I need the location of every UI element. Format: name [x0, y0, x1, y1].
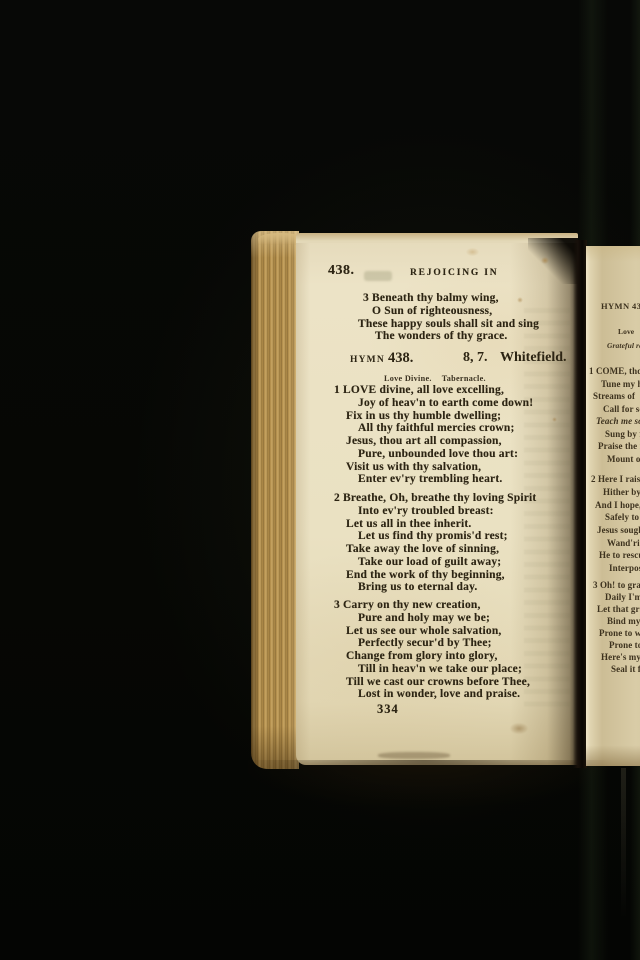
- verse-line: Here's my hear: [601, 652, 640, 662]
- verse-line: These happy souls shall sit and sing: [349, 318, 539, 331]
- verse-line: Perfectly secur'd by Thee;: [334, 637, 530, 650]
- left-page: 438. REJOICING IN 3 Beneath thy balmy wi…: [296, 238, 578, 765]
- verse-line: Call for sou: [603, 404, 640, 414]
- verse-line: 2 Here I raise m: [591, 474, 640, 484]
- hymn-label: HYMN: [350, 355, 385, 365]
- verse-line: Daily I'm co: [605, 592, 640, 602]
- cover-edge-highlight: [621, 768, 626, 918]
- right-hymn-heading: HYMN 439.: [601, 301, 640, 311]
- hymn-heading: HYMN 438. 8, 7. Whitefield.: [296, 350, 578, 370]
- verse-line: Enter ev'ry trembling heart.: [334, 473, 533, 486]
- photo-background: 438. REJOICING IN 3 Beneath thy balmy wi…: [0, 0, 640, 960]
- verse-line: Let us see our whole salvation,: [334, 625, 530, 638]
- verse-line: End the work of thy beginning,: [334, 569, 536, 582]
- verse-line: Sung by fla: [605, 429, 640, 439]
- verse-line: Streams of: [593, 391, 635, 401]
- verse-line: Let us all in thee inherit.: [334, 518, 536, 531]
- verse-line: 1 LOVE divine, all love excelling,: [334, 384, 533, 397]
- verse-line: Interpos'd w: [609, 563, 640, 573]
- foxing-stain: [466, 248, 479, 256]
- hymn-verse-3: 3 Carry on thy new creation, Pure and ho…: [334, 599, 530, 701]
- hymn-verse-1: 1 LOVE divine, all love excelling, Joy o…: [334, 384, 533, 486]
- verse-line: 3 Oh! to grace h: [593, 580, 640, 590]
- verse-line: Seal it fro: [611, 664, 640, 674]
- verse-line: Take away the love of sinning,: [334, 543, 536, 556]
- running-title: REJOICING IN: [410, 268, 498, 278]
- verse-line: Hither by th: [603, 487, 640, 497]
- book-bottom-shadow: [248, 760, 640, 850]
- verse-line: Take our load of guilt away;: [334, 556, 536, 569]
- verse-line: Mount of G: [607, 454, 640, 464]
- verse-line: 3 Beneath thy balmy wing,: [349, 292, 539, 305]
- edge-smudge: [378, 752, 450, 759]
- verse-line: Teach me sou: [596, 416, 640, 426]
- verse-line: Visit us with thy salvation,: [334, 461, 533, 474]
- verse-line: Change from glory into glory,: [334, 650, 530, 663]
- ink-ghost-mark: [364, 271, 392, 281]
- right-subtitle: Grateful rec: [607, 341, 640, 351]
- right-tune-name: Love: [618, 327, 634, 337]
- tune-name-1: Love Divine.: [384, 374, 432, 383]
- hymn-verse-2: 2 Breathe, Oh, breathe thy loving Spirit…: [334, 492, 536, 594]
- verse-line: All thy faithful mercies crown;: [334, 422, 533, 435]
- verse-line: Prone to leav: [609, 640, 640, 650]
- verse-line: 1 COME, thou: [589, 366, 640, 376]
- tune-name-2: Tabernacle.: [442, 374, 486, 383]
- verse-line: Bind my wa: [607, 616, 640, 626]
- verse-line: Praise the mou: [598, 441, 640, 451]
- verse-line: 3 Carry on thy new creation,: [334, 599, 530, 612]
- verse-line: 2 Breathe, Oh, breathe thy loving Spirit: [334, 492, 536, 505]
- verse-line: Tune my h: [601, 379, 640, 389]
- hymn-author: Whitefield.: [500, 350, 567, 366]
- verse-line: Fix in us thy humble dwelling;: [334, 410, 533, 423]
- header-hymn-number: 438.: [328, 263, 355, 279]
- page-number: 334: [377, 702, 399, 717]
- verse-line: The wonders of thy grace.: [349, 330, 539, 343]
- verse-line: Safely to arr: [605, 512, 640, 522]
- verse-line: Into ev'ry troubled breast:: [334, 505, 536, 518]
- verse-line: Jesus, thou art all compassion,: [334, 435, 533, 448]
- hymn-meter: 8, 7.: [463, 350, 488, 366]
- verse-line: Let that grace: [597, 604, 640, 614]
- verse-line: And I hope, b: [595, 500, 640, 510]
- right-page: HYMN 439. Love Grateful rec 1 COME, thou…: [586, 246, 640, 766]
- book-fore-edge-pages: [251, 231, 299, 769]
- verse-line: Till in heav'n we take our place;: [334, 663, 530, 676]
- verse-line: Bring us to eternal day.: [334, 581, 536, 594]
- verse-line: O Sun of righteousness,: [349, 305, 539, 318]
- tune-names: Love Divine.Tabernacle.: [384, 374, 486, 383]
- verse-line: He to rescue m: [599, 550, 640, 560]
- verse-line: Prone to wand: [599, 628, 640, 638]
- verse-line: Pure and holy may we be;: [334, 612, 530, 625]
- page-corner-curl: [258, 233, 300, 245]
- verse-line: Lost in wonder, love and praise.: [334, 688, 530, 701]
- previous-hymn-verse: 3 Beneath thy balmy wing, O Sun of right…: [349, 292, 539, 343]
- foxing-stain: [510, 723, 528, 734]
- book-gutter-shadow: [573, 240, 587, 768]
- verse-line: Wand'ring f: [607, 538, 640, 548]
- hymn-number: 438.: [388, 350, 413, 367]
- verse-line: Till we cast our crowns before Thee,: [334, 676, 530, 689]
- verse-line: Joy of heav'n to earth come down!: [334, 397, 533, 410]
- verse-line: Let us find thy promis'd rest;: [334, 530, 536, 543]
- verse-line: Jesus sought m: [597, 525, 640, 535]
- gutter-corner-shadow: [528, 238, 578, 284]
- verse-line: Pure, unbounded love thou art:: [334, 448, 533, 461]
